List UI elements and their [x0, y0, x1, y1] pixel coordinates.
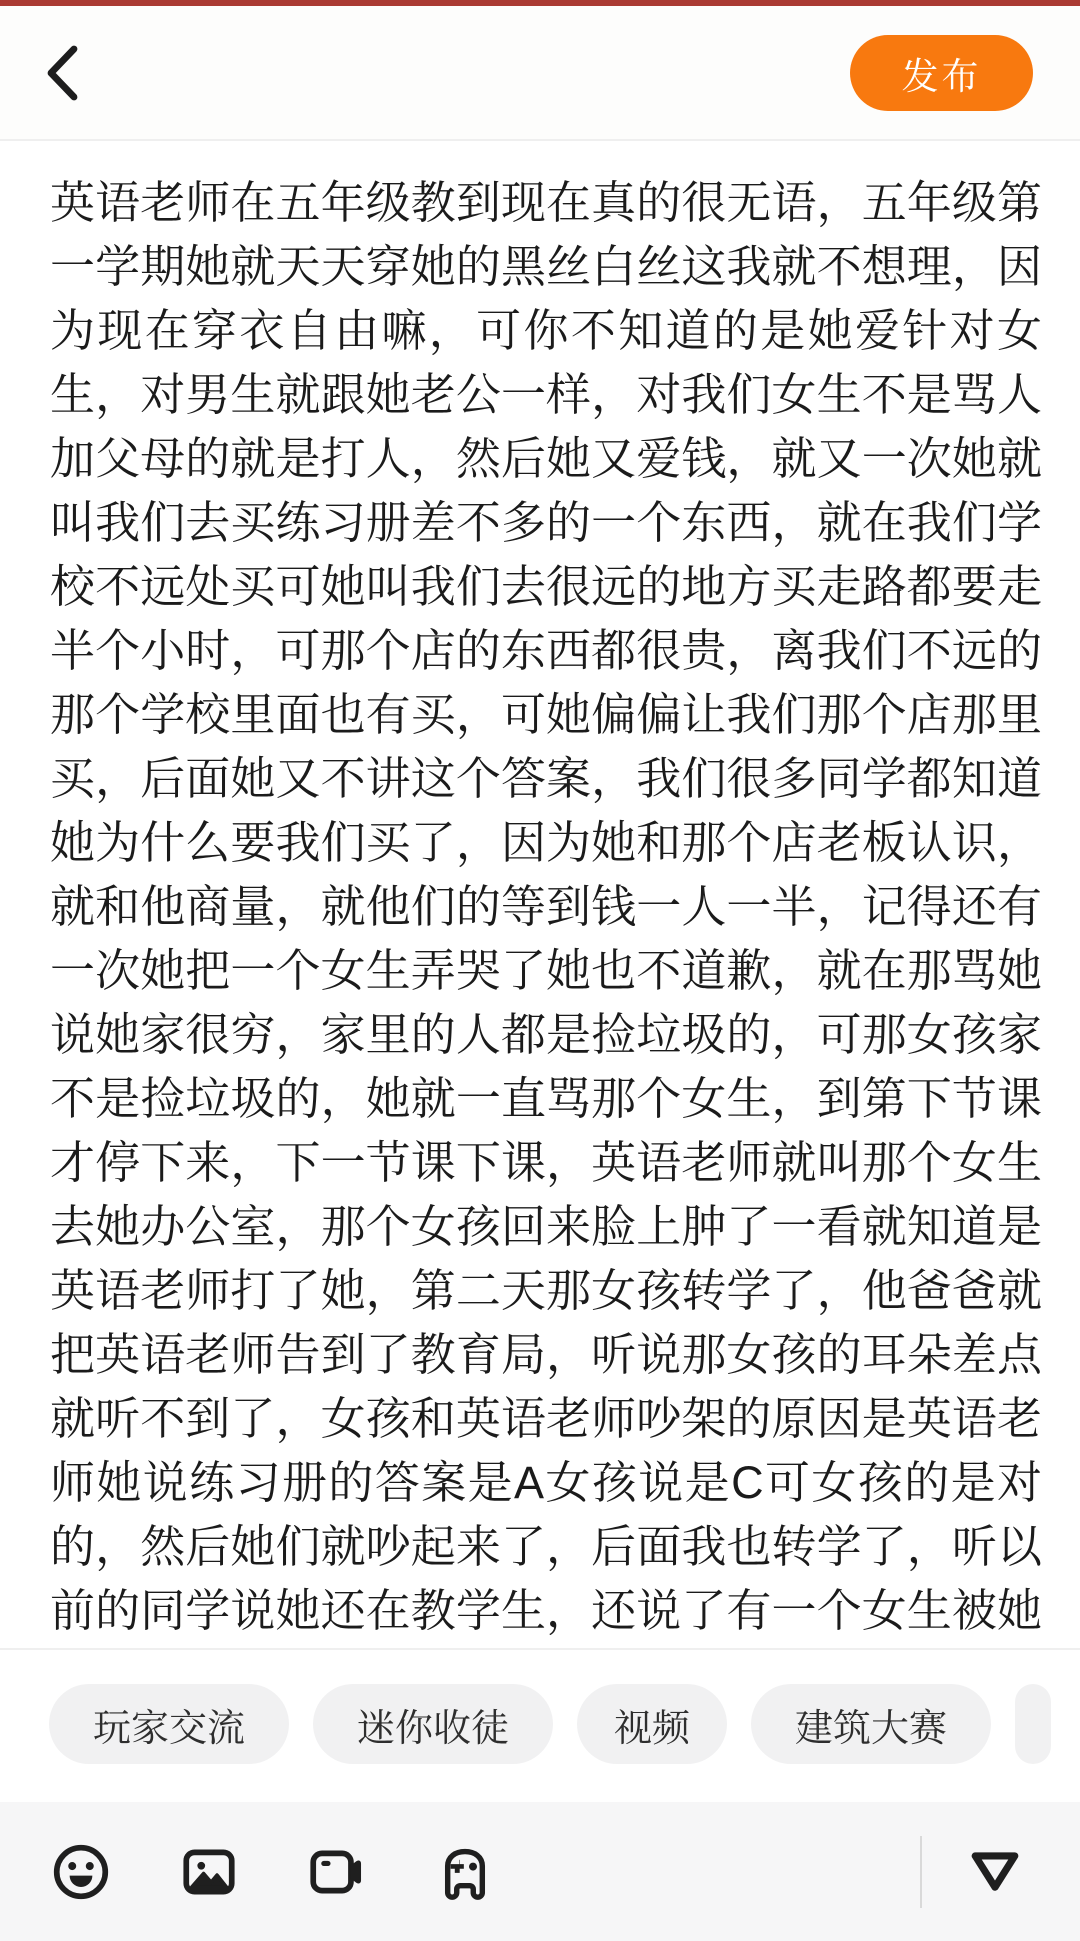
tag-player-exchange[interactable]: 玩家交流: [49, 1684, 289, 1764]
triangle-down-icon: [967, 1849, 1023, 1895]
chevron-left-icon: [44, 44, 80, 102]
post-editor[interactable]: 英语老师在五年级教到现在真的很无语，五年级第一学期她就天天穿她的黑丝白丝这我就不…: [0, 141, 1080, 1648]
gamepad-button[interactable]: [434, 1841, 496, 1903]
tag-mini-apprentice[interactable]: 迷你收徒: [313, 1684, 553, 1764]
image-button[interactable]: [178, 1841, 240, 1903]
tag-building-contest[interactable]: 建筑大赛: [751, 1684, 991, 1764]
tag-partial-cropped[interactable]: [1015, 1684, 1051, 1764]
emoji-button[interactable]: [50, 1841, 112, 1903]
post-compose-screen: 发布 英语老师在五年级教到现在真的很无语，五年级第一学期她就天天穿她的黑丝白丝这…: [0, 0, 1080, 1941]
publish-button[interactable]: 发布: [850, 35, 1033, 111]
video-icon: [306, 1841, 368, 1903]
tag-video[interactable]: 视频: [577, 1684, 727, 1764]
image-icon: [178, 1841, 240, 1903]
post-text[interactable]: 英语老师在五年级教到现在真的很无语，五年级第一学期她就天天穿她的黑丝白丝这我就不…: [50, 171, 1042, 1648]
collapse-keyboard-button[interactable]: [966, 1847, 1024, 1897]
composer-toolbar: [0, 1802, 1080, 1941]
tags-row: 玩家交流 迷你收徒 视频 建筑大赛: [0, 1650, 1080, 1802]
back-button[interactable]: [44, 41, 96, 105]
gamepad-icon: [434, 1841, 496, 1903]
emoji-icon: [50, 1841, 112, 1903]
header: 发布: [0, 6, 1080, 141]
video-button[interactable]: [306, 1841, 368, 1903]
toolbar-divider: [920, 1836, 922, 1908]
